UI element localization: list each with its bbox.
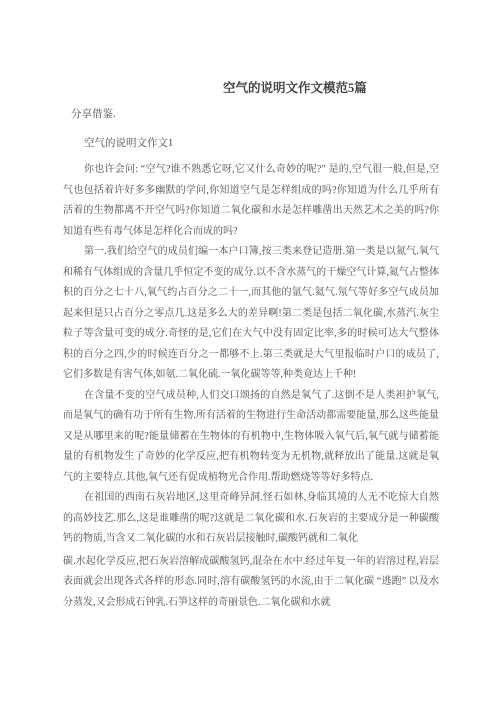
paragraph-5: 碳.水起化学反应,把石灰岩溶解成碳酸氢钙,混杂在水中.经过年复一年的岩溶过程,岩… <box>63 552 439 614</box>
paragraph-1: 你也许会问: “空气?谁不熟悉它呀,它又什么奇妙的呢?” 是的,空气很一般,但是… <box>63 160 439 242</box>
paragraph-2: 第一.我们给空气的成员们编一本户口簿,按三类来登记造册.第一类是以氮气.氧气和稀… <box>63 242 439 386</box>
document-title: 空气的说明文作文模范5篇 <box>223 80 439 97</box>
share-note: 分享借鉴. <box>71 108 439 122</box>
document-content: 空气的说明文作文模范5篇 分享借鉴. 空气的说明文作文1 你也许会问: “空气?… <box>63 0 439 613</box>
document-page: 空气的说明文作文模范5篇 分享借鉴. 空气的说明文作文1 你也许会问: “空气?… <box>0 0 500 708</box>
paragraph-3: 在含量不变的空气成员种,人们交口颂扬的自然是氧气了.这倒不是人类袒护氧气,而是氧… <box>63 386 439 489</box>
paragraph-4: 在祖国的西南石灰岩地区,这里奇峰异洞.怪石如林,身临其境的人无不吃惊大自然的高妙… <box>63 488 439 550</box>
section-heading: 空气的说明文作文1 <box>84 137 439 151</box>
